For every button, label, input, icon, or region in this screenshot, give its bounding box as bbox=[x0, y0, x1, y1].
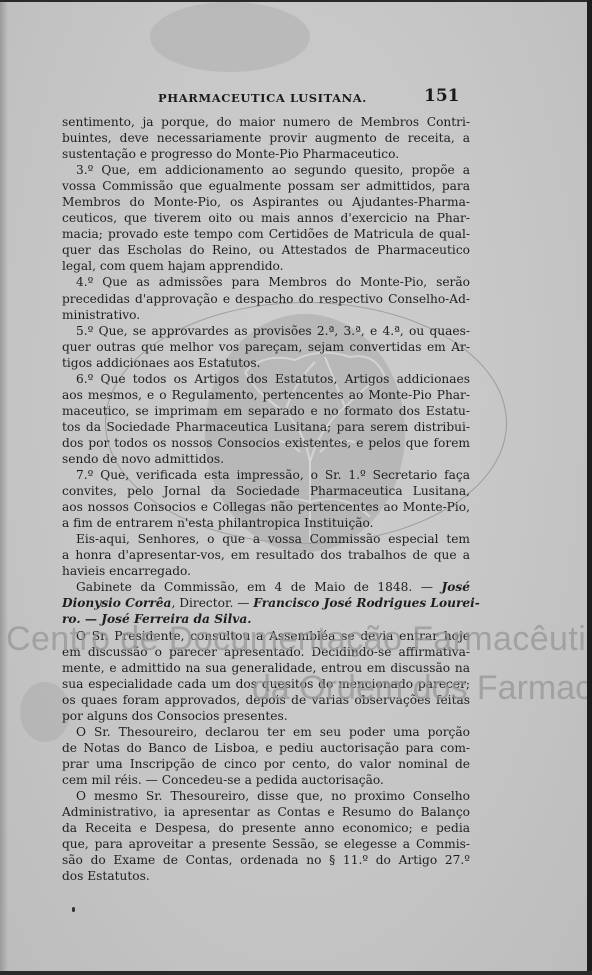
text-line: aos nossos Consocios e Collegas não pert… bbox=[62, 499, 470, 515]
text-line: precedidas d'approvação e despacho do re… bbox=[62, 291, 470, 307]
text-line: 7.º Que, verificada esta impressão, o Sr… bbox=[62, 467, 470, 483]
text-line: dos por todos os nossos Consocios existe… bbox=[62, 435, 470, 451]
signatory-name: Dionysio Corrêa bbox=[62, 596, 171, 610]
text-line: a fim de entrarem n'esta philantropica I… bbox=[62, 515, 470, 531]
text-line: quer outras que melhor vos pareçam, seja… bbox=[62, 339, 470, 355]
signatory-name: Francisco José Rodrigues Lourei- bbox=[253, 596, 480, 610]
text-line: 6.º Que todos os Artigos dos Estatutos, … bbox=[62, 371, 470, 387]
text-line: legal, com quem hajam apprendido. bbox=[62, 258, 470, 274]
text-line: Eis-aqui, Senhores, o que a vossa Commis… bbox=[62, 531, 470, 547]
text-line: Administrativo, ia apresentar as Contas … bbox=[62, 804, 470, 820]
text-line: ministrativo. bbox=[62, 307, 470, 323]
scanned-page: PHARMACEUTICA LUSITANA. 151 sentimento, … bbox=[0, 2, 587, 971]
text-line: 4.º Que as admissões para Membros do Mon… bbox=[62, 274, 470, 290]
signature-line-1: Gabinete da Commissão, em 4 de Maio de 1… bbox=[62, 579, 470, 595]
scan-right-border bbox=[587, 0, 592, 975]
signatory-name: José bbox=[441, 580, 470, 594]
text-line: vossa Commissão que egualmente possam se… bbox=[62, 178, 470, 194]
text-line: que, para aproveitar a presente Sessão, … bbox=[62, 836, 470, 852]
page-gutter-shadow bbox=[0, 2, 8, 971]
body-text: sentimento, ja porque, do maior numero d… bbox=[62, 114, 470, 884]
paragraphs-before-signature: sentimento, ja porque, do maior numero d… bbox=[62, 114, 470, 579]
page-number: 151 bbox=[424, 86, 460, 106]
text-line: tos da Sociedade Pharmaceutica Lusitana;… bbox=[62, 419, 470, 435]
text-line: dos Estatutos. bbox=[62, 868, 470, 884]
text-line: sua especialidade cada um dos quesitos d… bbox=[62, 676, 470, 692]
text-line: são do Exame de Contas, ordenada no § 11… bbox=[62, 852, 470, 868]
text-line: macia; provado este tempo com Certidões … bbox=[62, 226, 470, 242]
text-line: os quaes foram approvados, depois de var… bbox=[62, 692, 470, 708]
text-line: maceutico, se imprimam em separado e no … bbox=[62, 403, 470, 419]
text-line: sustentação e progresso do Monte-Pio Pha… bbox=[62, 146, 470, 162]
text-line: a honra d'apresentar-vos, em resultado d… bbox=[62, 547, 470, 563]
text-line: Membros do Monte-Pio, os Aspirantes ou A… bbox=[62, 194, 470, 210]
text-line: O mesmo Sr. Thesoureiro, disse que, no p… bbox=[62, 788, 470, 804]
signature-line-3: ro. — José Ferreira da Silva. bbox=[62, 611, 470, 627]
paragraphs-after-signature: O Sr. Presidente, consultou a Assembléa … bbox=[62, 628, 470, 885]
text-line: aos mesmos, e o Regulamento, pertencente… bbox=[62, 387, 470, 403]
text-line: em discussão o parecer apresentado. Deci… bbox=[62, 644, 470, 660]
text-line: de Notas do Banco de Lisboa, e pediu auc… bbox=[62, 740, 470, 756]
text-line: buintes, deve necessariamente provir aug… bbox=[62, 130, 470, 146]
text-line: mente, e admittido na sua generalidade, … bbox=[62, 660, 470, 676]
text-line: O Sr. Presidente, consultou a Assembléa … bbox=[62, 628, 470, 644]
text-line: 3.º Que, em addicionamento ao segundo qu… bbox=[62, 162, 470, 178]
text-line: prar uma Inscripção de cinco por cento, … bbox=[62, 756, 470, 772]
text-line: tigos addicionaes aos Estatutos. bbox=[62, 355, 470, 371]
signature-line-2: Dionysio Corrêa, Director. — Francisco J… bbox=[62, 595, 470, 611]
ink-speck bbox=[72, 907, 75, 912]
text-line: convites, pelo Jornal da Sociedade Pharm… bbox=[62, 483, 470, 499]
text-line: quer das Escholas do Reino, ou Attestado… bbox=[62, 242, 470, 258]
text-line: O Sr. Thesoureiro, declarou ter em seu p… bbox=[62, 724, 470, 740]
text-line: por alguns dos Consocios presentes. bbox=[62, 708, 470, 724]
running-head: PHARMACEUTICA LUSITANA. bbox=[158, 91, 458, 105]
text-line: da Receita e Despesa, do presente anno e… bbox=[62, 820, 470, 836]
text-line: havieis encarregado. bbox=[62, 563, 470, 579]
text-line: 5.º Que, se approvardes as provisões 2.ª… bbox=[62, 323, 470, 339]
paper-stain bbox=[150, 2, 310, 72]
text-line: ceuticos, que tiverem oito ou mais annos… bbox=[62, 210, 470, 226]
scan-bottom-border bbox=[0, 971, 592, 975]
text-line: sendo de novo admittidos. bbox=[62, 451, 470, 467]
text-line: sentimento, ja porque, do maior numero d… bbox=[62, 114, 470, 130]
text-line: cem mil réis. — Concedeu-se a pedida auc… bbox=[62, 772, 470, 788]
